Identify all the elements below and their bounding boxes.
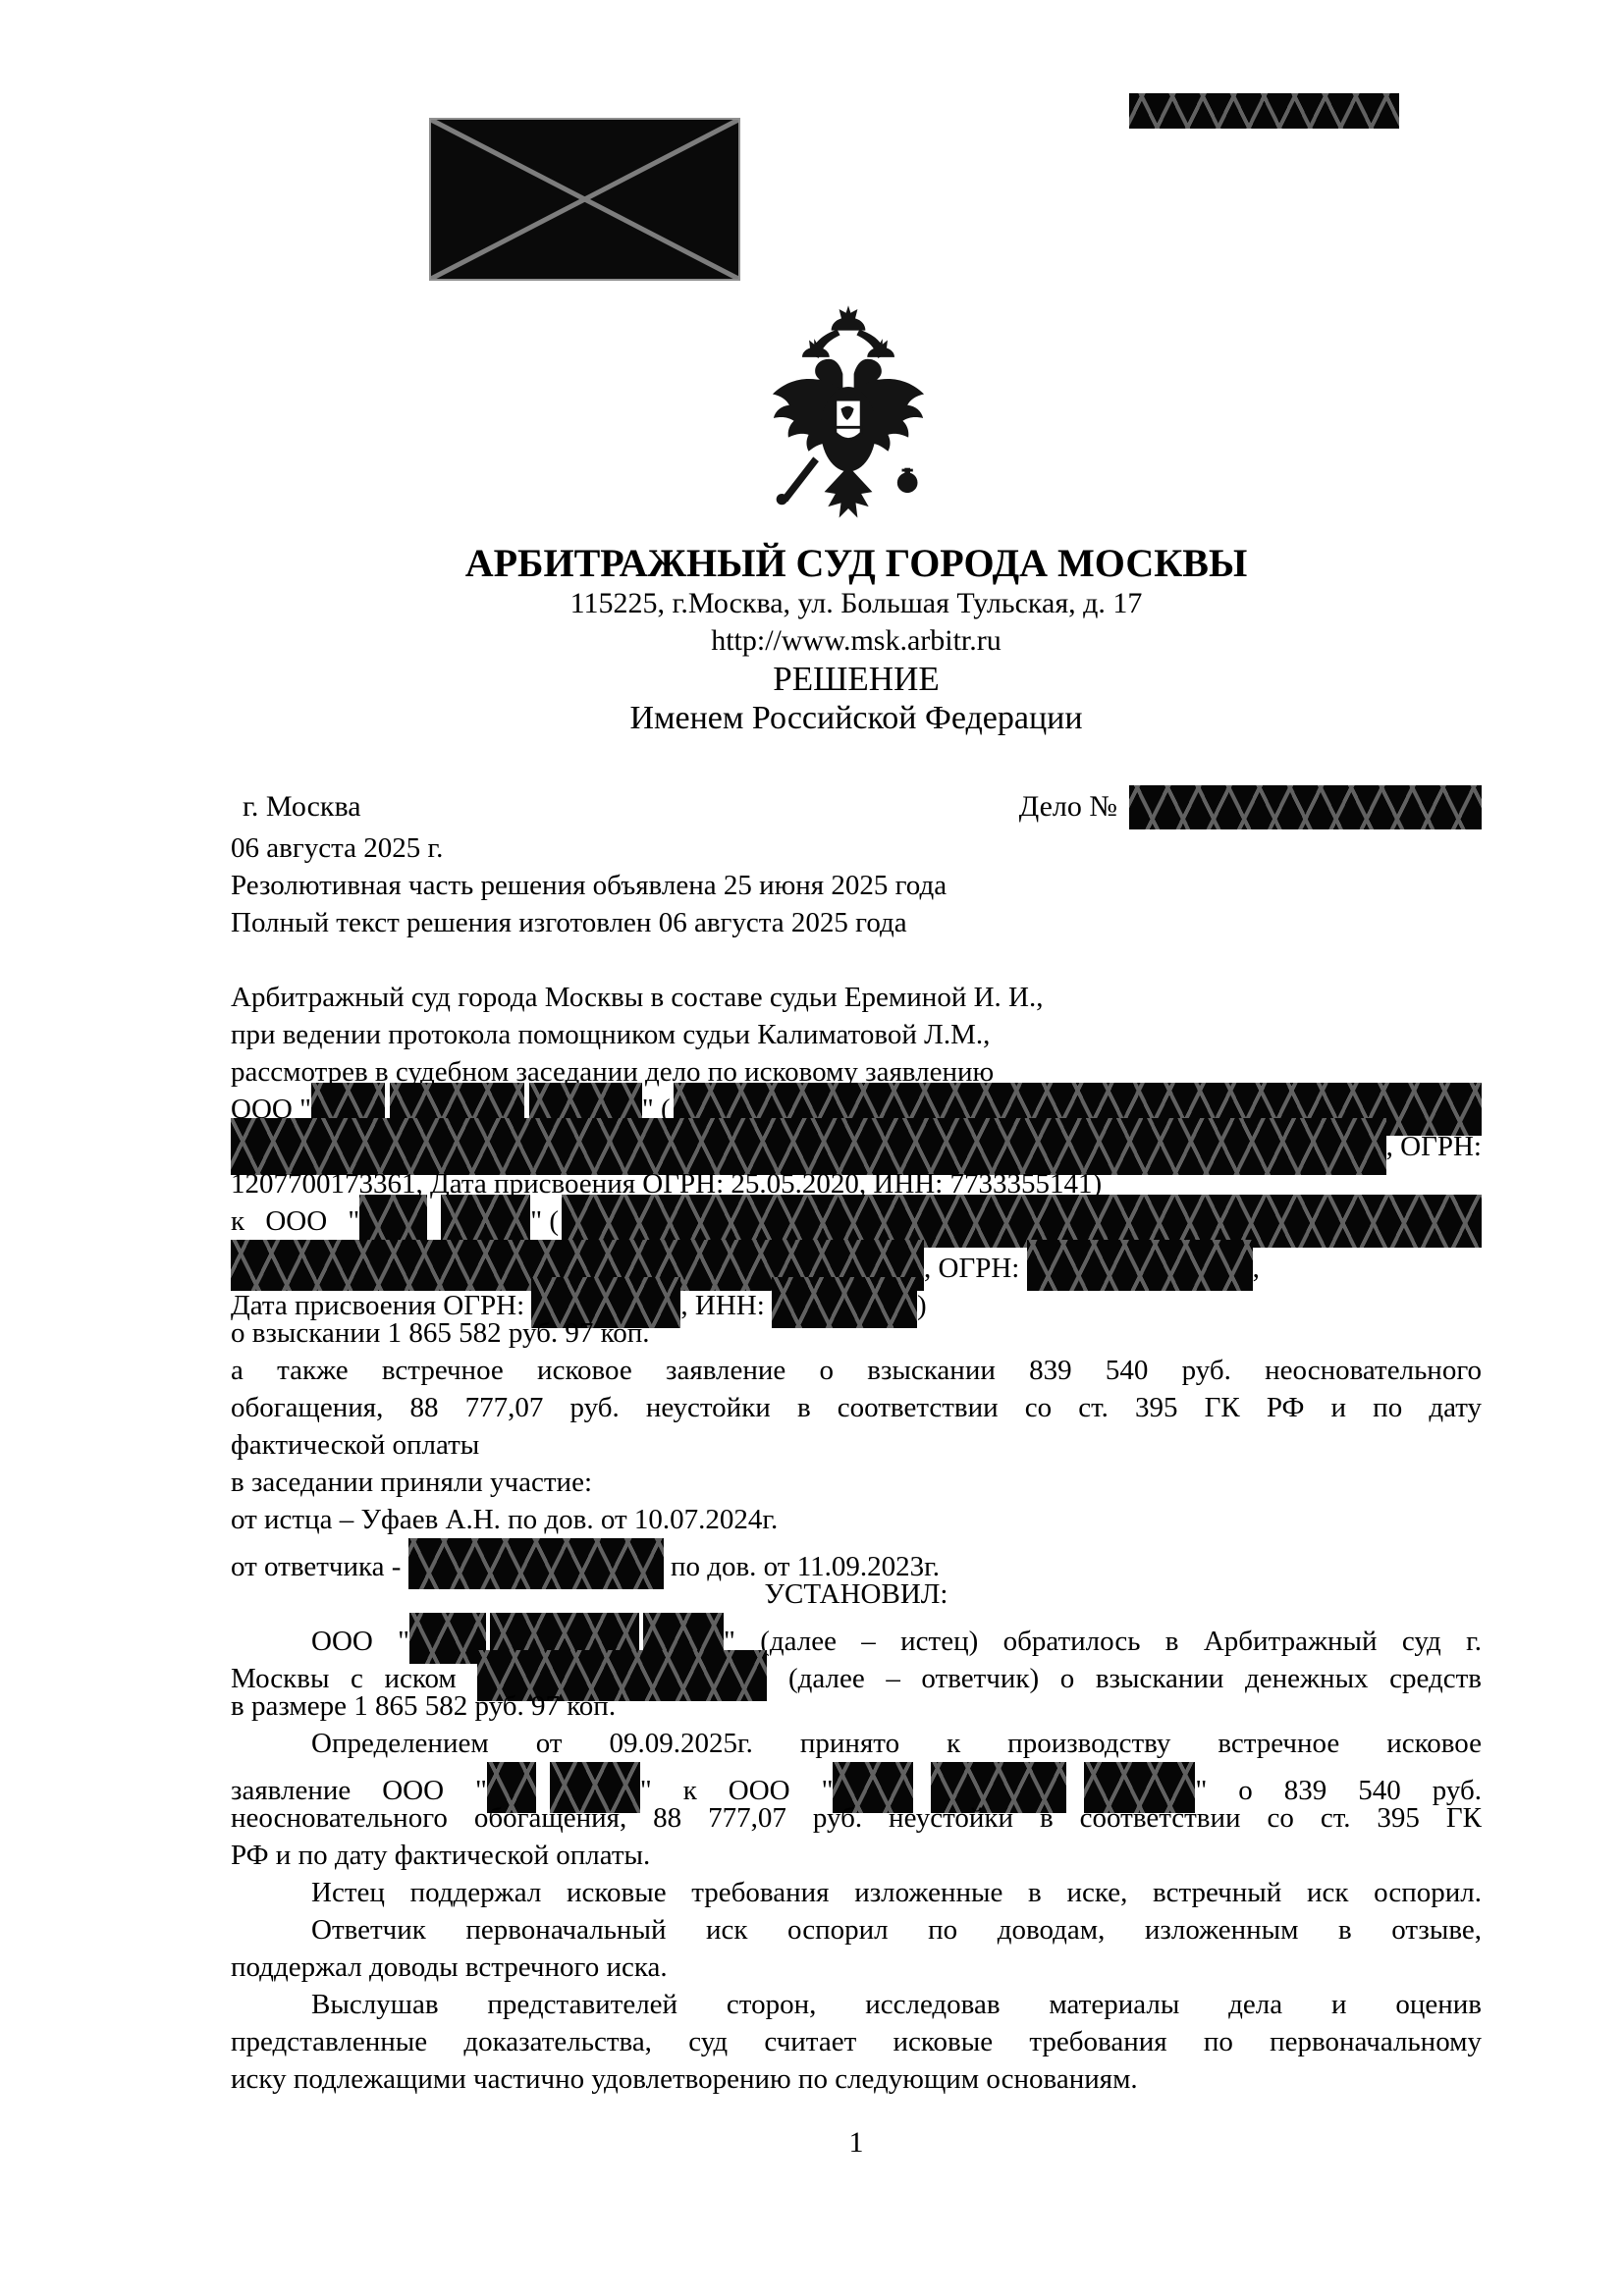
- paragraph-12: представленные доказательства, суд счита…: [231, 2023, 1482, 2060]
- attendance-line: в заседании приняли участие:: [231, 1464, 1482, 1501]
- inn-label: , ИНН:: [680, 1290, 764, 1321]
- redaction-defendant-rep: [408, 1538, 664, 1589]
- full-text-date-line: Полный текст решения изготовлен 06 авгус…: [231, 904, 1482, 941]
- p2-suffix: (далее – ответчик) о взыскании денежных …: [788, 1663, 1482, 1694]
- blank-line: [231, 941, 1482, 979]
- court-website: http://www.msk.arbitr.ru: [231, 622, 1482, 660]
- redacted-image-placeholder: [429, 118, 740, 281]
- counter-claim-line-3: фактической оплаты: [231, 1426, 1482, 1464]
- paragraph-7: РФ и по дату фактической оплаты.: [231, 1837, 1482, 1874]
- paragraph-9: Ответчик первоначальный иск оспорил по д…: [231, 1911, 1482, 1949]
- court-name: АРБИТРАЖНЫЙ СУД ГОРОДА МОСКВЫ: [231, 542, 1482, 585]
- comma: ,: [1253, 1253, 1260, 1284]
- clerk-line: при ведении протокола помощником судьи К…: [231, 1016, 1482, 1053]
- document-body: 06 августа 2025 г. Резолютивная часть ре…: [231, 829, 1482, 2098]
- city-label: г. Москва: [231, 790, 361, 824]
- plaintiff-line-2: , ОГРН:: [231, 1128, 1482, 1165]
- decision-date-line: 06 августа 2025 г.: [231, 829, 1482, 867]
- counter-claim-line-1: а также встречное исковое заявление о вз…: [231, 1352, 1482, 1389]
- paragraph-5: заявление ООО "" к ООО "" о 839 540 руб.: [231, 1762, 1482, 1799]
- defendant-rep-prefix: от ответчика -: [231, 1551, 401, 1582]
- defendant-line: к ООО "" (: [231, 1202, 1482, 1240]
- counter-claim-line-2: обогащения, 88 777,07 руб. неустойки в с…: [231, 1389, 1482, 1426]
- paragraph-10: поддержал доводы встречного иска.: [231, 1949, 1482, 1986]
- defendant-k-ooo-prefix: к ООО ": [231, 1202, 359, 1240]
- page-number: 1: [231, 2126, 1482, 2160]
- defendant-close-quote: " (: [530, 1202, 559, 1240]
- defendant-ids-line: Дата присвоения ОГРН: , ИНН: ): [231, 1277, 1482, 1314]
- paragraph-2: Москвы с иском (далее – ответчик) о взыс…: [231, 1650, 1482, 1687]
- document-title: РЕШЕНИЕ: [231, 660, 1482, 699]
- plaintiff-rep-line: от истца – Уфаев А.Н. по дов. от 10.07.2…: [231, 1501, 1482, 1538]
- redaction-bar-top-right: [1129, 93, 1399, 129]
- document-subtitle: Именем Российской Федерации: [231, 699, 1482, 738]
- defendant-rep-line: от ответчика - по дов. от 11.09.2023г.: [231, 1538, 1482, 1575]
- paren-close: ): [917, 1290, 927, 1321]
- document-header: АРБИТРАЖНЫЙ СУД ГОРОДА МОСКВЫ 115225, г.…: [231, 542, 1482, 738]
- ogrn-label: , ОГРН:: [1386, 1128, 1482, 1165]
- paragraph-13: иску подлежащими частично удовлетворению…: [231, 2060, 1482, 2098]
- crossed-out-box-icon: [431, 120, 738, 279]
- judge-line: Арбитражный суд города Москвы в составе …: [231, 979, 1482, 1016]
- court-address: 115225, г.Москва, ул. Большая Тульская, …: [231, 585, 1482, 622]
- case-number-label: Дело №: [1019, 790, 1117, 824]
- russian-coat-of-arms-icon: [756, 298, 941, 536]
- redaction-case-number: [1129, 785, 1482, 829]
- redaction-defendant-ogrn: [1027, 1240, 1253, 1291]
- redaction-inn: [772, 1277, 917, 1328]
- case-number-row: г. Москва Дело №: [231, 784, 1482, 829]
- ogrn-label-2: , ОГРН:: [924, 1253, 1019, 1284]
- paragraph-4: Определением от 09.09.2025г. принято к п…: [231, 1725, 1482, 1762]
- operative-part-line: Резолютивная часть решения объявлена 25 …: [231, 867, 1482, 904]
- court-decision-page: АРБИТРАЖНЫЙ СУД ГОРОДА МОСКВЫ 115225, г.…: [0, 0, 1624, 2296]
- paragraph-6: неосновательного обогащения, 88 777,07 р…: [231, 1799, 1482, 1837]
- paragraph-11: Выслушав представителей сторон, исследов…: [231, 1986, 1482, 2023]
- paragraph-8: Истец поддержал исковые требования излож…: [231, 1874, 1482, 1911]
- paragraph-1: ООО "" (далее – истец) обратилось в Арби…: [231, 1613, 1482, 1650]
